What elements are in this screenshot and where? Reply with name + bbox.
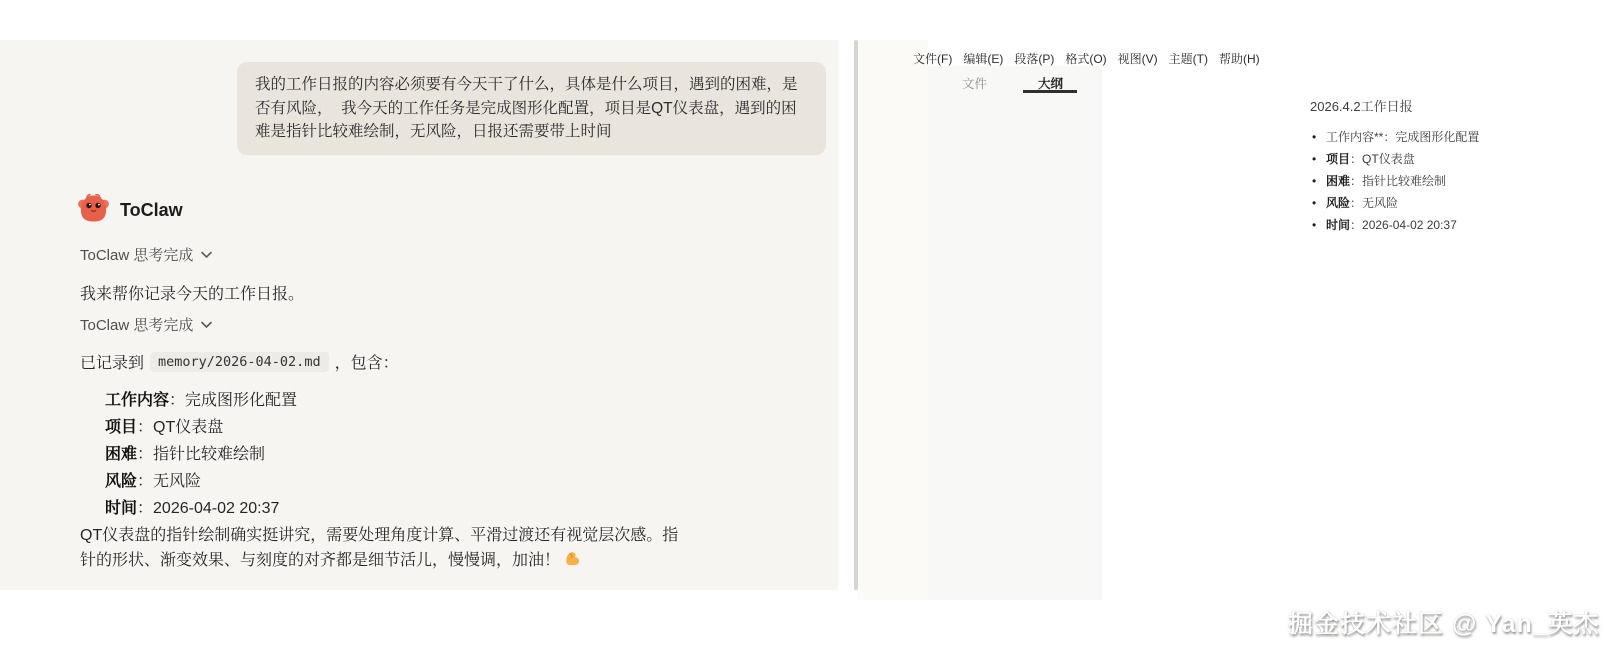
- editor-menubar: 文件(F) 编辑(E) 段落(P) 格式(O) 视图(V) 主题(T) 帮助(H…: [913, 50, 1260, 67]
- assistant-name: ToClaw: [120, 200, 183, 221]
- assistant-closing-text: QT仪表盘的指针绘制确实挺讲究，需要处理角度计算、平滑过渡还有视觉层次感。指针的…: [80, 523, 692, 575]
- muscle-emoji-icon: [564, 554, 581, 571]
- panel-gap: [858, 40, 928, 600]
- thinking-status-label: ToClaw 思考完成: [80, 314, 193, 335]
- memory-file-chip: memory/2026-04-02.md: [150, 352, 329, 372]
- screenshot-root: 我的工作日报的内容必须要有今天干了什么，具体是什么项目，遇到的困难，是否有风险，…: [0, 0, 1602, 663]
- menu-item-paragraph[interactable]: 段落(P): [1014, 50, 1054, 67]
- menu-item-view[interactable]: 视图(V): [1118, 50, 1158, 67]
- doc-bullet-project[interactable]: 项目：QT仪表盘: [1310, 148, 1590, 170]
- document-title[interactable]: 2026.4.2工作日报: [1310, 96, 1590, 115]
- doc-bullet-work-content[interactable]: 工作内容**：完成图形化配置: [1310, 126, 1590, 148]
- thinking-status-label: ToClaw 思考完成: [80, 244, 193, 265]
- user-message-bubble: 我的工作日报的内容必须要有今天干了什么，具体是什么项目，遇到的困难，是否有风险，…: [237, 62, 826, 155]
- document-content[interactable]: 2026.4.2工作日报 工作内容**：完成图形化配置 项目：QT仪表盘 困难：…: [1310, 96, 1590, 236]
- assistant-header: ToClaw: [77, 192, 183, 228]
- thinking-status-2[interactable]: ToClaw 思考完成: [80, 314, 213, 335]
- editor-sidebar: 文件 大纲: [928, 66, 1102, 600]
- menu-item-format[interactable]: 格式(O): [1065, 50, 1106, 67]
- record-prefix: 已记录到: [80, 350, 144, 373]
- thinking-status-1[interactable]: ToClaw 思考完成: [80, 244, 213, 265]
- field-row-project: 项目：QT仪表盘: [105, 414, 297, 441]
- record-summary-line: 已记录到 memory/2026-04-02.md ，包含：: [80, 350, 399, 373]
- menu-item-edit[interactable]: 编辑(E): [963, 50, 1003, 67]
- field-row-work-content: 工作内容：完成图形化配置: [105, 387, 297, 414]
- document-bullet-list: 工作内容**：完成图形化配置 项目：QT仪表盘 困难：指针比较难绘制 风险：无风…: [1310, 126, 1590, 236]
- toclaw-avatar-icon: [77, 192, 110, 228]
- field-row-time: 时间：2026-04-02 20:37: [105, 495, 297, 522]
- doc-bullet-risk[interactable]: 风险：无风险: [1310, 192, 1590, 214]
- chevron-down-icon: [200, 316, 213, 333]
- tab-files[interactable]: 文件: [962, 74, 987, 92]
- menu-item-file[interactable]: 文件(F): [913, 50, 952, 67]
- doc-bullet-time[interactable]: 时间：2026-04-02 20:37: [1310, 214, 1590, 236]
- record-suffix: ，包含：: [335, 350, 399, 373]
- work-log-fields: 工作内容：完成图形化配置 项目：QT仪表盘 困难：指针比较难绘制 风险：无风险 …: [105, 387, 297, 522]
- field-row-risk: 风险：无风险: [105, 468, 297, 495]
- chat-panel: 我的工作日报的内容必须要有今天干了什么，具体是什么项目，遇到的困难，是否有风险，…: [0, 40, 838, 590]
- assistant-intro-text: 我来帮你记录今天的工作日报。: [80, 281, 304, 304]
- menu-item-help[interactable]: 帮助(H): [1219, 50, 1260, 67]
- community-watermark: 掘金技术社区 @ Yan_英杰: [1288, 604, 1600, 640]
- chat-scrollbar[interactable]: [854, 40, 858, 590]
- menu-item-theme[interactable]: 主题(T): [1169, 50, 1208, 67]
- doc-bullet-difficulty[interactable]: 困难：指针比较难绘制: [1310, 170, 1590, 192]
- active-tab-underline: [1023, 90, 1077, 93]
- chevron-down-icon: [200, 246, 213, 263]
- field-row-difficulty: 困难：指针比较难绘制: [105, 441, 297, 468]
